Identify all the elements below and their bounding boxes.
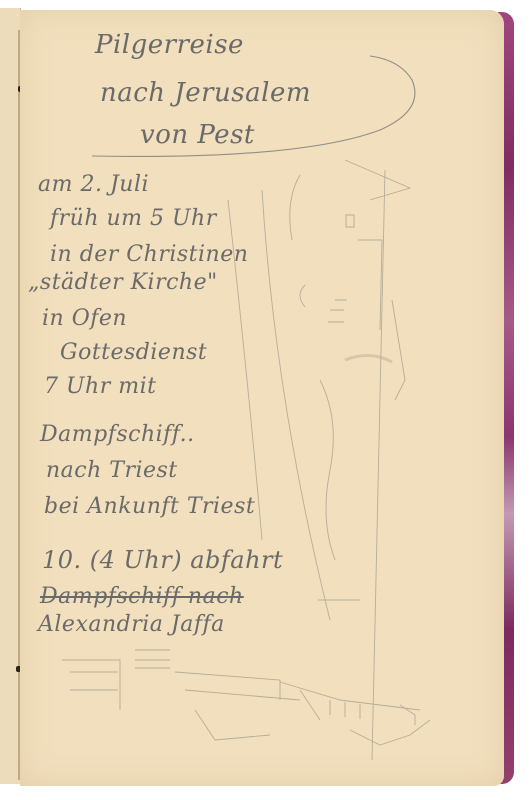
heading-line-2: nach Jerusalem	[100, 78, 311, 108]
entry-line: Dampfschiff nach	[40, 584, 244, 609]
entry-line: Gottesdienst	[60, 340, 207, 365]
entry-line: am 2. Juli	[38, 172, 149, 197]
heading-line-3: von Pest	[140, 120, 255, 150]
notebook-spread: Pilgerreise nach Jerusalem von Pest am 2…	[0, 0, 531, 800]
entry-line: Alexandria Jaffa	[38, 612, 225, 637]
entry-line: „städter Kirche"	[28, 270, 218, 295]
entry-line: 10. (4 Uhr) abfahrt	[42, 546, 283, 574]
entry-line: in der Christinen	[50, 242, 248, 267]
entry-line: nach Triest	[46, 458, 178, 483]
entry-line: bei Ankunft Triest	[44, 494, 255, 519]
entry-line: 7 Uhr mit	[44, 374, 156, 399]
entry-line: früh um 5 Uhr	[50, 206, 217, 231]
entry-line: Dampfschiff..	[40, 422, 195, 447]
heading-line-1: Pilgerreise	[95, 30, 244, 60]
entry-line: in Ofen	[42, 306, 127, 331]
